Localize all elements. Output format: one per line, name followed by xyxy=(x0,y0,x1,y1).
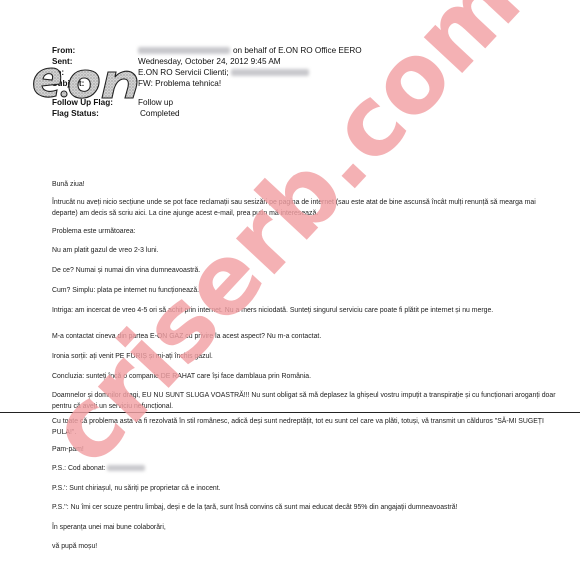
paragraph-resolution: Cu toate că problema asta va fi rezolvat… xyxy=(52,417,557,438)
ps-tenant: P.S.': Sunt chiriașul, nu săriți pe prop… xyxy=(52,484,557,495)
from-value-text: on behalf of E.ON RO Office EERO xyxy=(233,46,362,55)
paragraph-contacted: M-a contactat cineva din partea E-ON GAZ… xyxy=(52,332,557,343)
scanned-email-document: From: on behalf of E.ON RO Office EERO S… xyxy=(0,0,580,563)
redacted-sender-name xyxy=(138,47,230,54)
signoff-line: vă pupă moșu! xyxy=(52,542,557,553)
paragraph-irony: Ironia sorții: ați venit PE FURIȘ și mi-… xyxy=(52,352,557,363)
sent-value: Wednesday, October 24, 2012 9:45 AM xyxy=(138,57,281,67)
to-label: To: xyxy=(52,68,64,78)
flag-status-value: Completed xyxy=(140,109,180,119)
horizontal-divider xyxy=(0,412,580,413)
paragraph-conclusion: Concluzia: sunteți încă o companie DE RA… xyxy=(52,372,557,383)
paragraph-intro: Întrucât nu aveți nicio secțiune unde se… xyxy=(52,198,557,219)
greeting-text: Bună ziua! xyxy=(52,180,557,191)
to-value-text: E.ON RO Servicii Clienti; xyxy=(138,68,229,77)
followup-flag-label: Follow Up Flag: xyxy=(52,98,113,108)
redacted-recipient-name xyxy=(231,69,309,76)
paragraph-pam-pam: Pam-pam! xyxy=(52,445,557,456)
from-label: From: xyxy=(52,46,75,56)
subject-label: Subject: xyxy=(52,79,84,89)
paragraph-how: Cum? Simplu: plata pe internet nu funcți… xyxy=(52,286,557,297)
to-value: E.ON RO Servicii Clienti; xyxy=(138,68,312,78)
redacted-subscriber-code xyxy=(107,465,145,471)
eon-logo-icon xyxy=(30,62,142,102)
ps-subscriber-code: P.S.: Cod abonat: xyxy=(52,464,557,475)
paragraph-problem: Problema este următoarea: xyxy=(52,227,557,238)
closing-line: În speranța unei mai bune colaborări, xyxy=(52,523,557,534)
watermark: criserb.com xyxy=(0,0,580,563)
subject-value: FW: Problema tehnica! xyxy=(138,79,221,89)
paragraph-unpaid: Nu am platit gazul de vreo 2-3 luni. xyxy=(52,246,557,257)
sent-label: Sent: xyxy=(52,57,72,67)
paragraph-why: De ce? Numai și numai din vina dumneavoa… xyxy=(52,266,557,277)
from-value: on behalf of E.ON RO Office EERO xyxy=(138,46,362,56)
ps-language: P.S.'': Nu îmi cer scuze pentru limbaj, … xyxy=(52,503,557,514)
flag-status-label: Flag Status: xyxy=(52,109,99,119)
followup-flag-value: Follow up xyxy=(138,98,173,108)
paragraph-intrigue: Intriga: am incercat de vreo 4-5 ori să … xyxy=(52,306,557,317)
paragraph-ladies-gentlemen: Doamnelor și domnilor dragi, EU NU SUNT … xyxy=(52,391,557,412)
ps-subscriber-code-label: P.S.: Cod abonat: xyxy=(52,465,106,472)
